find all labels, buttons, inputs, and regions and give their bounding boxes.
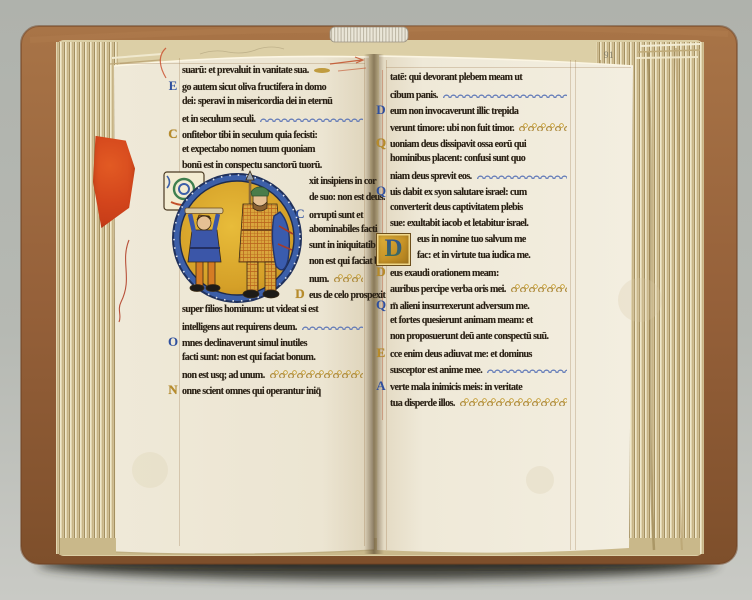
gothic-text: niam deus sprevit eos. xyxy=(390,169,472,185)
gothic-text: fac: et in virtute tua iudica me. xyxy=(417,248,530,264)
line-filler xyxy=(477,171,567,179)
text-line: Nonne scient omnes qui operantur iniq̄ xyxy=(182,382,365,398)
line-filler xyxy=(334,274,363,282)
text-line: num. xyxy=(182,270,365,286)
text-line: auribus percipe verba oris mei. xyxy=(390,280,569,296)
left-page-text: suarū: et prevaluit in vanitate sua.Ego … xyxy=(182,62,365,398)
text-line: Deus exaudi orationem meam: xyxy=(390,264,569,280)
headband xyxy=(330,27,408,42)
gothic-text: converterit deus captivitatem plebis xyxy=(390,200,523,216)
gothic-text: xit insipiens in cor xyxy=(309,174,376,190)
gothic-text: et in seculum seculi. xyxy=(182,112,255,128)
gothic-text: intelligens aut requirens deum. xyxy=(182,320,297,336)
gothic-text: auribus percipe verba oris mei. xyxy=(390,282,506,298)
text-line: suarū: et prevaluit in vanitate sua. xyxy=(182,62,365,78)
text-line: Ecce enim deus adiuvat me: et dominus xyxy=(390,345,569,361)
gothic-text: num. xyxy=(309,272,329,288)
versal-initial: A xyxy=(375,378,387,394)
line-filler xyxy=(443,90,567,98)
versal-initial: D xyxy=(375,102,387,118)
text-line: sunt in iniquitatib; xyxy=(182,238,365,254)
text-line: susceptor est anime mee. xyxy=(390,361,569,377)
text-line: xit insipiens in cor xyxy=(182,174,365,190)
line-filler xyxy=(511,284,567,292)
gothic-text: sunt in iniquitatib; xyxy=(309,238,378,254)
folio-number: 91 xyxy=(604,50,614,60)
gothic-text: eus exaudi orationem meam: xyxy=(390,266,499,282)
versal-initial: Q xyxy=(375,183,387,199)
gothic-text: bonū est in conspectu sanctorū tuorū. xyxy=(182,158,322,174)
versal-initial: Q xyxy=(375,297,387,313)
text-line: et in seculum seculi. xyxy=(182,110,365,126)
versal-initial: D xyxy=(375,264,387,280)
line-filler xyxy=(260,114,363,122)
text-line: facti sunt: non est qui faciat bonum. xyxy=(182,350,365,366)
text-line: Confitebor tibi in seculum quia fecisti: xyxy=(182,126,365,142)
line-filler xyxy=(519,123,567,131)
gothic-text: onne scient omnes qui operantur iniq̄ xyxy=(182,384,321,400)
text-line: super filios hominum: ut videat si est xyxy=(182,302,365,318)
gothic-text: verunt timore: ubi non fuit timor. xyxy=(390,121,514,137)
gothic-text: tatē: qui devorant plebem meam ut xyxy=(390,70,522,86)
versal-initial: E xyxy=(167,78,179,94)
versal-initial: D xyxy=(294,286,306,302)
gothic-text: hominibus placent: confusi sunt quo xyxy=(390,151,525,167)
line-filler xyxy=(270,370,363,378)
text-line: Deum non invocaverunt illic trepida xyxy=(390,102,569,118)
versal-initial: O xyxy=(167,334,179,350)
gothic-text: super filios hominum: ut videat si est xyxy=(182,302,318,318)
text-line: intelligens aut requirens deum. xyxy=(182,318,365,334)
gothic-text: cce enim deus adiuvat me: et dominus xyxy=(390,347,532,363)
text-line: Qm̄ alieni insurrexerunt adversum me. xyxy=(390,297,569,313)
illuminated-initial-d: D xyxy=(376,233,411,266)
versal-initial: N xyxy=(167,382,179,398)
gothic-text: cibum panis. xyxy=(390,88,438,104)
gothic-text: non est qui faciat bo xyxy=(309,254,384,270)
gothic-text: facti sunt: non est qui faciat bonum. xyxy=(182,350,315,366)
text-line: hominibus placent: confusi sunt quo xyxy=(390,151,569,167)
text-line: cibum panis. xyxy=(390,86,569,102)
text-line: non est qui faciat bo xyxy=(182,254,365,270)
text-line: sue: exultabit iacob et letabitur israel… xyxy=(390,216,569,232)
gothic-text: abominabiles facti xyxy=(309,222,377,238)
gothic-text: susceptor est anime mee. xyxy=(390,363,482,379)
gothic-text: et expectabo nomen tuum quoniam xyxy=(182,142,315,158)
line-filler xyxy=(314,68,330,73)
gothic-text: eus in nomine tuo salvum me xyxy=(417,232,526,248)
text-line: Deus de celo prospexit xyxy=(182,286,365,302)
text-line: de suo: non est deus. xyxy=(182,190,365,206)
text-line: tua disperde illos. xyxy=(390,394,569,410)
gothic-text: verte mala inimicis meis: in veritate xyxy=(390,380,522,396)
versal-initial: Q xyxy=(375,135,387,151)
text-line: Quis dabit ex syon salutare israel: cum xyxy=(390,183,569,199)
text-line: converterit deus captivitatem plebis xyxy=(390,200,569,216)
ruling-line xyxy=(386,67,631,68)
gothic-text: et fortes quesierunt animam meam: et xyxy=(390,313,533,329)
text-line: Averte mala inimicis meis: in veritate xyxy=(390,378,569,394)
text-line: eus in nomine tuo salvum me xyxy=(390,232,569,248)
text-line: niam deus sprevit eos. xyxy=(390,167,569,183)
text-line: et expectabo nomen tuum quoniam xyxy=(182,142,365,158)
text-line: tatē: qui devorant plebem meam ut xyxy=(390,70,569,86)
gothic-text: non proposuerunt deū ante conspectū suū. xyxy=(390,329,548,345)
ruling-line xyxy=(575,60,576,550)
versal-initial: E xyxy=(375,345,387,361)
gothic-text: suarū: et prevaluit in vanitate sua. xyxy=(182,63,309,79)
gothic-text: non est usq; ad unum. xyxy=(182,368,265,384)
text-line: non proposuerunt deū ante conspectū suū. xyxy=(390,329,569,345)
line-filler xyxy=(487,365,567,373)
line-filler xyxy=(302,322,363,330)
text-line: fac: et in virtute tua iudica me. xyxy=(390,248,569,264)
gothic-text: eus de celo prospexit xyxy=(309,288,385,304)
gothic-text: sue: exultabit iacob et letabitur israel… xyxy=(390,216,528,232)
line-filler xyxy=(460,398,567,406)
gothic-text: de suo: non est deus. xyxy=(309,190,385,206)
text-line: Quoniam deus dissipavit ossa eorū qui xyxy=(390,135,569,151)
versal-initial: C xyxy=(167,126,179,142)
photo-of-open-psalter: 91 xyxy=(0,0,752,600)
text-line: Corrupti sunt et xyxy=(182,206,365,222)
text-line: et fortes quesierunt animam meam: et xyxy=(390,313,569,329)
versal-initial: C xyxy=(294,206,306,222)
text-line: non est usq; ad unum. xyxy=(182,366,365,382)
gothic-text: tua disperde illos. xyxy=(390,396,455,412)
right-page-text: D tatē: qui devorant plebem meam utcibum… xyxy=(390,70,569,410)
gothic-text: eum non invocaverunt illic trepida xyxy=(390,104,518,120)
text-line: Ego autem sicut oliva fructifera in domo xyxy=(182,78,365,94)
text-line: bonū est in conspectu sanctorū tuorū. xyxy=(182,158,365,174)
ruling-line xyxy=(570,60,571,550)
gothic-text: dei: speravi in misericordia dei in eter… xyxy=(182,94,332,110)
text-line: verunt timore: ubi non fuit timor. xyxy=(390,119,569,135)
text-line: abominabiles facti xyxy=(182,222,365,238)
text-line: Omnes declinaverunt simul inutiles xyxy=(182,334,365,350)
text-line: dei: speravi in misericordia dei in eter… xyxy=(182,94,365,110)
